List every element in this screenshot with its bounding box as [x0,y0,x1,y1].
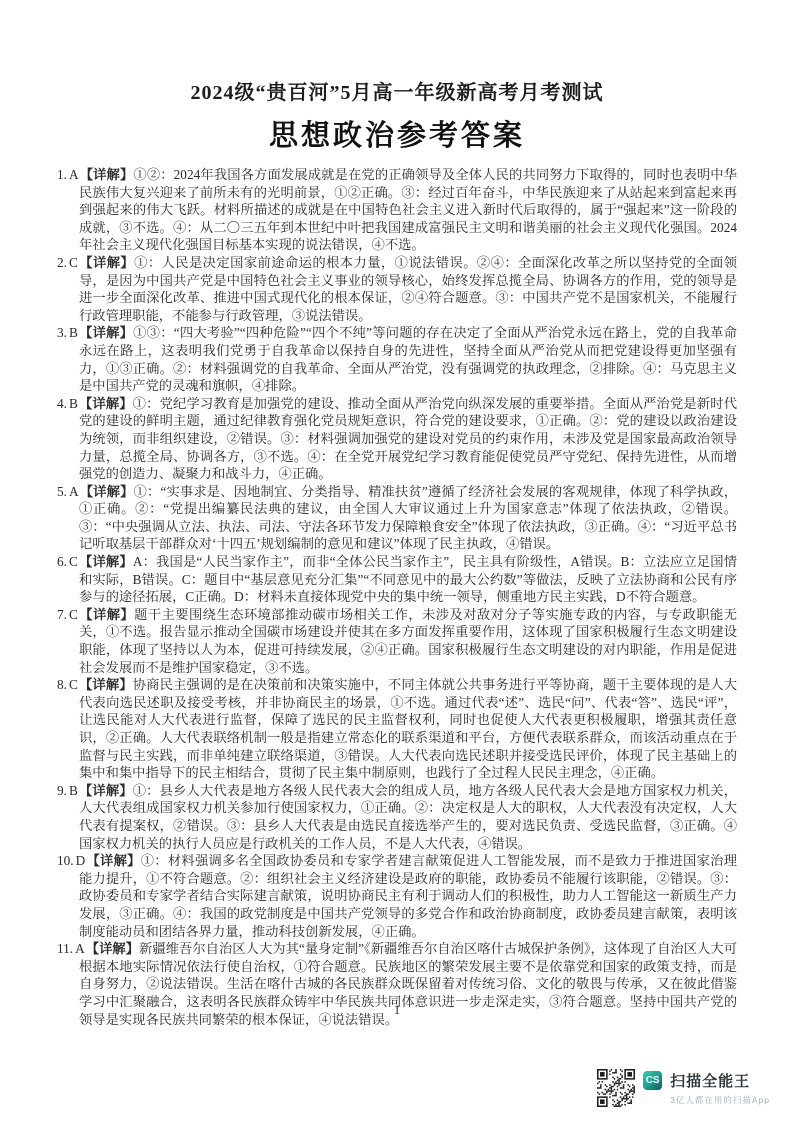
camscanner-tagline: 3亿人都在用的扫描App [670,1094,770,1106]
camscanner-logo-icon: CS [643,1071,662,1090]
item-answer: C [69,677,78,692]
item-explanation: ①：县乡人大代表是地方各级人民代表大会的组成人员，地方各级人民代表大会是地方国家… [79,783,737,851]
item-answer: A [75,941,85,956]
answer-item: 4.B【详解】①：党纪学习教育是加强党的建设、推动全面从严治党向纵深发展的重要举… [57,395,737,483]
detail-tag: 【详解】 [79,396,133,411]
answer-item: 9.B【详解】①：县乡人大代表是地方各级人民代表大会的组成人员，地方各级人民代表… [57,782,737,852]
item-answer: D [76,853,86,868]
item-number: 4. [57,396,67,411]
detail-tag: 【详解】 [79,255,134,270]
detail-tag: 【详解】 [79,783,133,798]
answer-item: 2.C【详解】①：人民是决定国家前途命运的根本力量，①说法错误。②④：全面深化改… [57,254,737,324]
detail-tag: 【详解】 [86,853,141,868]
camscanner-watermark: CS 扫描全能王 3亿人都在用的扫描App [597,1069,770,1107]
item-explanation: ①③：“四大考验”“四种危险”“四个不纯”等问题的存在决定了全面从严治党永远在路… [79,325,737,393]
item-number: 11. [57,941,73,956]
item-number: 3. [57,325,67,340]
page-number: 1 [0,1002,794,1018]
item-answer: C [69,255,78,270]
item-number: 6. [57,554,67,569]
camscanner-text-block: 扫描全能王 3亿人都在用的扫描App [670,1070,770,1106]
detail-tag: 【详解】 [79,677,133,692]
item-number: 9. [57,783,67,798]
item-explanation: ①：材料强调多名全国政协委员和专家学者建言献策促进人工智能发展，而不是致力于推进… [79,853,737,938]
document-page: 2024级“贵百河”5月高一年级新高考月考测试 思想政治参考答案 1.A【详解】… [0,0,794,1123]
qr-code-icon [597,1069,635,1107]
item-answer: A [69,484,79,499]
detail-tag: 【详解】 [79,325,133,340]
item-number: 2. [57,255,67,270]
item-number: 10. [57,853,74,868]
item-number: 5. [57,484,67,499]
item-number: 1. [57,167,67,182]
answer-item: 8.C【详解】协商民主强调的是在决策前和决策实施中，不同主体就公共事务进行平等协… [57,676,737,782]
item-explanation: 协商民主强调的是在决策前和决策实施中，不同主体就公共事务进行平等协商，题干主要体… [79,677,737,780]
item-number: 8. [57,677,67,692]
detail-tag: 【详解】 [79,607,134,622]
item-explanation: A：我国是“人民当家作主”，而非“全体公民当家作主”，民主具有阶级性，A错误。B… [79,554,737,604]
item-explanation: 题干主要围绕生态环境部推动碳市场相关工作，未涉及对敌对分子等实施专政的内容，与专… [79,607,737,675]
detail-tag: 【详解】 [80,167,134,182]
item-explanation: ①：“实事求是、因地制宜、分类指导、精准扶贫”遵循了经济社会发展的客观规律，体现… [79,484,737,552]
answer-item: 1.A【详解】①②：2024年我国各方面发展成就是在党的正确领导及全体人民的共同… [57,166,737,254]
answer-item: 7.C【详解】题干主要围绕生态环境部推动碳市场相关工作，未涉及对敌对分子等实施专… [57,606,737,676]
item-answer: B [69,396,78,411]
item-number: 7. [57,607,67,622]
answer-item: 10.D【详解】①：材料强调多名全国政协委员和专家学者建言献策促进人工智能发展，… [57,852,737,940]
item-explanation: ①：党纪学习教育是加强党的建设、推动全面从严治党向纵深发展的重要举措。全面从严治… [79,396,737,481]
item-answer: B [69,783,78,798]
answer-list: 1.A【详解】①②：2024年我国各方面发展成就是在党的正确领导及全体人民的共同… [57,166,737,1028]
answer-key-title: 思想政治参考答案 [0,113,794,154]
item-explanation: ①②：2024年我国各方面发展成就是在党的正确领导及全体人民的共同努力下取得的，… [79,167,737,252]
detail-tag: 【详解】 [86,941,139,956]
detail-tag: 【详解】 [80,484,134,499]
camscanner-app-name: 扫描全能王 [670,1070,770,1091]
exam-title: 2024级“贵百河”5月高一年级新高考月考测试 [0,76,794,105]
answer-item: 6.C【详解】A：我国是“人民当家作主”，而非“全体公民当家作主”，民主具有阶级… [57,553,737,606]
item-answer: A [69,167,79,182]
answer-item: 3.B【详解】①③：“四大考验”“四种危险”“四个不纯”等问题的存在决定了全面从… [57,324,737,394]
item-answer: C [69,554,78,569]
detail-tag: 【详解】 [79,554,133,569]
answer-item: 5.A【详解】①：“实事求是、因地制宜、分类指导、精准扶贫”遵循了经济社会发展的… [57,483,737,553]
camscanner-logo-text: CS [646,1075,660,1086]
item-answer: C [69,607,78,622]
item-explanation: ①：人民是决定国家前途命运的根本力量，①说法错误。②④：全面深化改革之所以坚持党… [79,255,737,323]
item-answer: B [69,325,78,340]
